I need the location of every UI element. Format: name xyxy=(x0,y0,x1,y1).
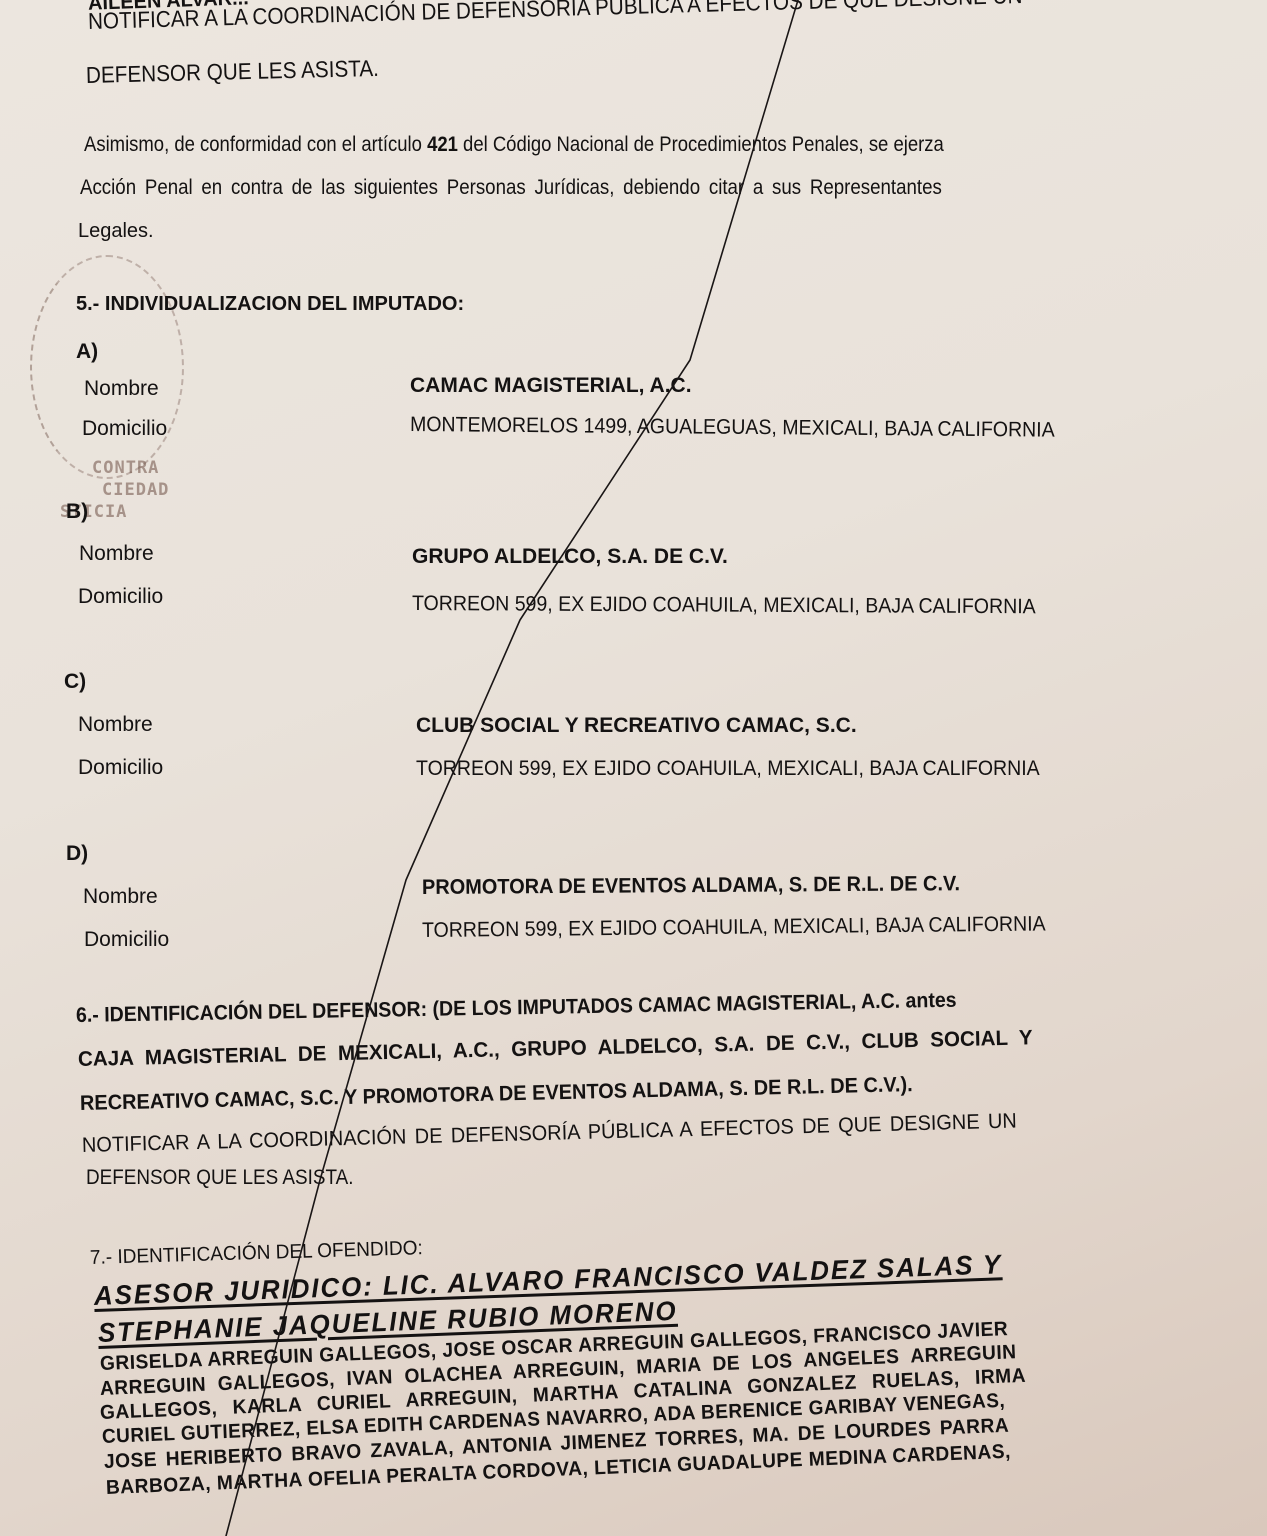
cancellation-slash-line xyxy=(0,0,1267,1536)
